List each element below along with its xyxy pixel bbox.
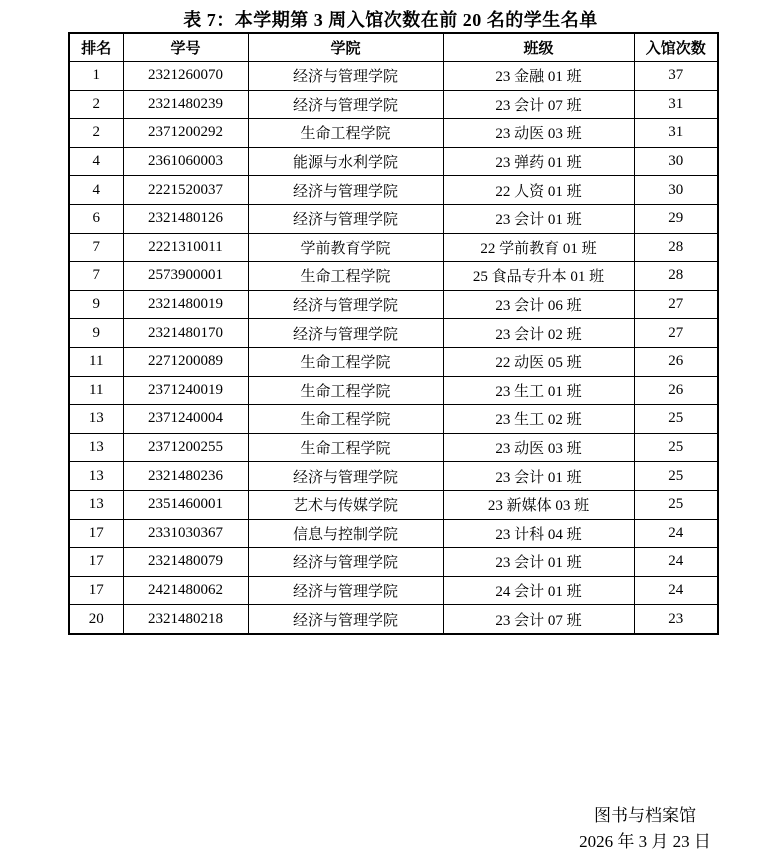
table-row: 92321480019经济与管理学院23 会计 06 班27 <box>69 290 718 319</box>
table-cell: 23 <box>634 605 718 634</box>
table-cell: 17 <box>69 576 123 605</box>
table-cell: 2221310011 <box>123 233 248 262</box>
table-cell: 9 <box>69 319 123 348</box>
table-cell: 生命工程学院 <box>248 347 443 376</box>
table-cell: 25 <box>634 405 718 434</box>
table-cell: 经济与管理学院 <box>248 176 443 205</box>
table-row: 132371240004生命工程学院23 生工 02 班25 <box>69 405 718 434</box>
table-row: 22371200292生命工程学院23 动医 03 班31 <box>69 119 718 148</box>
table-cell: 11 <box>69 376 123 405</box>
table-cell: 37 <box>634 62 718 91</box>
table-row: 72573900001生命工程学院25 食品专升本 01 班28 <box>69 262 718 291</box>
table-cell: 27 <box>634 290 718 319</box>
table-cell: 经济与管理学院 <box>248 576 443 605</box>
table-cell: 2371200292 <box>123 119 248 148</box>
table-cell: 23 金融 01 班 <box>443 62 634 91</box>
table-cell: 2361060003 <box>123 147 248 176</box>
table-cell: 2 <box>69 90 123 119</box>
column-header: 班级 <box>443 33 634 62</box>
table-cell: 经济与管理学院 <box>248 548 443 577</box>
table-cell: 经济与管理学院 <box>248 204 443 233</box>
table-cell: 7 <box>69 233 123 262</box>
table-cell: 23 动医 03 班 <box>443 119 634 148</box>
table-cell: 31 <box>634 119 718 148</box>
table-cell: 2321480236 <box>123 462 248 491</box>
table-row: 132321480236经济与管理学院23 会计 01 班25 <box>69 462 718 491</box>
table-cell: 学前教育学院 <box>248 233 443 262</box>
table-row: 72221310011学前教育学院22 学前教育 01 班28 <box>69 233 718 262</box>
table-cell: 23 会计 01 班 <box>443 204 634 233</box>
table-cell: 27 <box>634 319 718 348</box>
table-cell: 13 <box>69 433 123 462</box>
table-cell: 2421480062 <box>123 576 248 605</box>
table-cell: 生命工程学院 <box>248 119 443 148</box>
table-cell: 4 <box>69 147 123 176</box>
table-cell: 2 <box>69 119 123 148</box>
table-cell: 经济与管理学院 <box>248 290 443 319</box>
table-cell: 28 <box>634 262 718 291</box>
table-row: 62321480126经济与管理学院23 会计 01 班29 <box>69 204 718 233</box>
table-cell: 2321480126 <box>123 204 248 233</box>
table-cell: 23 生工 02 班 <box>443 405 634 434</box>
table-cell: 23 会计 07 班 <box>443 605 634 634</box>
table-cell: 23 动医 03 班 <box>443 433 634 462</box>
column-header: 入馆次数 <box>634 33 718 62</box>
table-cell: 25 <box>634 490 718 519</box>
table-cell: 2221520037 <box>123 176 248 205</box>
table-cell: 2371240004 <box>123 405 248 434</box>
table-cell: 生命工程学院 <box>248 262 443 291</box>
table-cell: 20 <box>69 605 123 634</box>
table-cell: 24 <box>634 548 718 577</box>
table-cell: 22 动医 05 班 <box>443 347 634 376</box>
table-cell: 2321480019 <box>123 290 248 319</box>
table-cell: 2321260070 <box>123 62 248 91</box>
document-page: 表 7：本学期第 3 周入馆次数在前 20 名的学生名单 排名学号学院班级入馆次… <box>0 0 781 860</box>
footer-org: 图书与档案馆 <box>525 803 765 829</box>
document-footer: 图书与档案馆 2026 年 3 月 23 日 <box>525 803 765 855</box>
table-cell: 23 会计 01 班 <box>443 462 634 491</box>
table-cell: 信息与控制学院 <box>248 519 443 548</box>
table-cell: 生命工程学院 <box>248 433 443 462</box>
footer-date: 2026 年 3 月 23 日 <box>525 829 765 855</box>
table-cell: 经济与管理学院 <box>248 319 443 348</box>
visit-rank-table: 排名学号学院班级入馆次数 12321260070经济与管理学院23 金融 01 … <box>68 32 719 635</box>
table-cell: 17 <box>69 519 123 548</box>
table-row: 22321480239经济与管理学院23 会计 07 班31 <box>69 90 718 119</box>
table-cell: 2271200089 <box>123 347 248 376</box>
column-header: 学号 <box>123 33 248 62</box>
table-cell: 4 <box>69 176 123 205</box>
table-cell: 24 会计 01 班 <box>443 576 634 605</box>
table-row: 132371200255生命工程学院23 动医 03 班25 <box>69 433 718 462</box>
table-cell: 25 食品专升本 01 班 <box>443 262 634 291</box>
table-cell: 26 <box>634 376 718 405</box>
table-cell: 13 <box>69 405 123 434</box>
table-row: 202321480218经济与管理学院23 会计 07 班23 <box>69 605 718 634</box>
table-row: 12321260070经济与管理学院23 金融 01 班37 <box>69 62 718 91</box>
table-cell: 23 会计 01 班 <box>443 548 634 577</box>
table-cell: 17 <box>69 548 123 577</box>
table-cell: 2321480218 <box>123 605 248 634</box>
table-cell: 26 <box>634 347 718 376</box>
table-cell: 23 计科 04 班 <box>443 519 634 548</box>
table-cell: 13 <box>69 462 123 491</box>
table-cell: 1 <box>69 62 123 91</box>
table-row: 172421480062经济与管理学院24 会计 01 班24 <box>69 576 718 605</box>
column-header: 排名 <box>69 33 123 62</box>
table-cell: 22 学前教育 01 班 <box>443 233 634 262</box>
table-cell: 生命工程学院 <box>248 376 443 405</box>
table-cell: 11 <box>69 347 123 376</box>
table-title: 表 7：本学期第 3 周入馆次数在前 20 名的学生名单 <box>0 6 781 32</box>
table-cell: 2573900001 <box>123 262 248 291</box>
table-row: 132351460001艺术与传媒学院23 新媒体 03 班25 <box>69 490 718 519</box>
table-cell: 22 人资 01 班 <box>443 176 634 205</box>
table-cell: 23 新媒体 03 班 <box>443 490 634 519</box>
table-header-row: 排名学号学院班级入馆次数 <box>69 33 718 62</box>
table-cell: 23 会计 07 班 <box>443 90 634 119</box>
table-cell: 24 <box>634 576 718 605</box>
table-cell: 13 <box>69 490 123 519</box>
table-cell: 29 <box>634 204 718 233</box>
table-cell: 经济与管理学院 <box>248 605 443 634</box>
table-cell: 25 <box>634 462 718 491</box>
table-cell: 2351460001 <box>123 490 248 519</box>
table-cell: 31 <box>634 90 718 119</box>
table-cell: 经济与管理学院 <box>248 90 443 119</box>
table-cell: 30 <box>634 147 718 176</box>
table-cell: 经济与管理学院 <box>248 462 443 491</box>
table-cell: 艺术与传媒学院 <box>248 490 443 519</box>
table-row: 42221520037经济与管理学院22 人资 01 班30 <box>69 176 718 205</box>
table-cell: 2321480239 <box>123 90 248 119</box>
table-cell: 生命工程学院 <box>248 405 443 434</box>
table-row: 92321480170经济与管理学院23 会计 02 班27 <box>69 319 718 348</box>
table-cell: 2371240019 <box>123 376 248 405</box>
table-cell: 2321480079 <box>123 548 248 577</box>
table-cell: 能源与水利学院 <box>248 147 443 176</box>
table-cell: 2371200255 <box>123 433 248 462</box>
table-cell: 25 <box>634 433 718 462</box>
table-cell: 9 <box>69 290 123 319</box>
table-cell: 6 <box>69 204 123 233</box>
table-cell: 23 会计 06 班 <box>443 290 634 319</box>
table-cell: 23 会计 02 班 <box>443 319 634 348</box>
table-cell: 2321480170 <box>123 319 248 348</box>
table-row: 112371240019生命工程学院23 生工 01 班26 <box>69 376 718 405</box>
table-row: 112271200089生命工程学院22 动医 05 班26 <box>69 347 718 376</box>
table-cell: 30 <box>634 176 718 205</box>
table-cell: 7 <box>69 262 123 291</box>
table-body: 12321260070经济与管理学院23 金融 01 班372232148023… <box>69 62 718 634</box>
table-cell: 28 <box>634 233 718 262</box>
table-row: 172331030367信息与控制学院23 计科 04 班24 <box>69 519 718 548</box>
table-cell: 23 弹药 01 班 <box>443 147 634 176</box>
table-cell: 2331030367 <box>123 519 248 548</box>
column-header: 学院 <box>248 33 443 62</box>
table-row: 172321480079经济与管理学院23 会计 01 班24 <box>69 548 718 577</box>
table-cell: 23 生工 01 班 <box>443 376 634 405</box>
table-row: 42361060003能源与水利学院23 弹药 01 班30 <box>69 147 718 176</box>
table-cell: 经济与管理学院 <box>248 62 443 91</box>
table-cell: 24 <box>634 519 718 548</box>
